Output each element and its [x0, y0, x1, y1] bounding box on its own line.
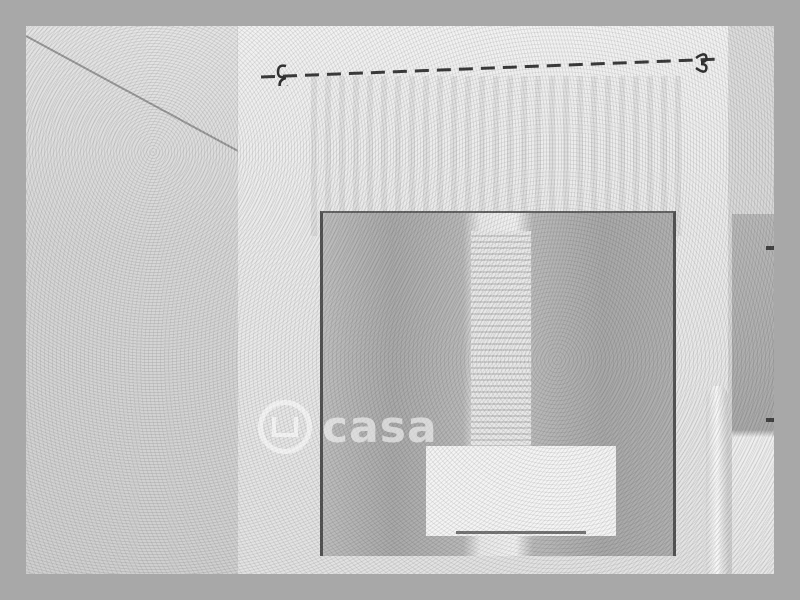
photo: [26, 26, 774, 574]
watermark-text: casa: [322, 402, 438, 453]
watermark: casa: [258, 400, 438, 454]
film-grain: [26, 26, 774, 574]
house-in-circle-icon: [258, 400, 312, 454]
